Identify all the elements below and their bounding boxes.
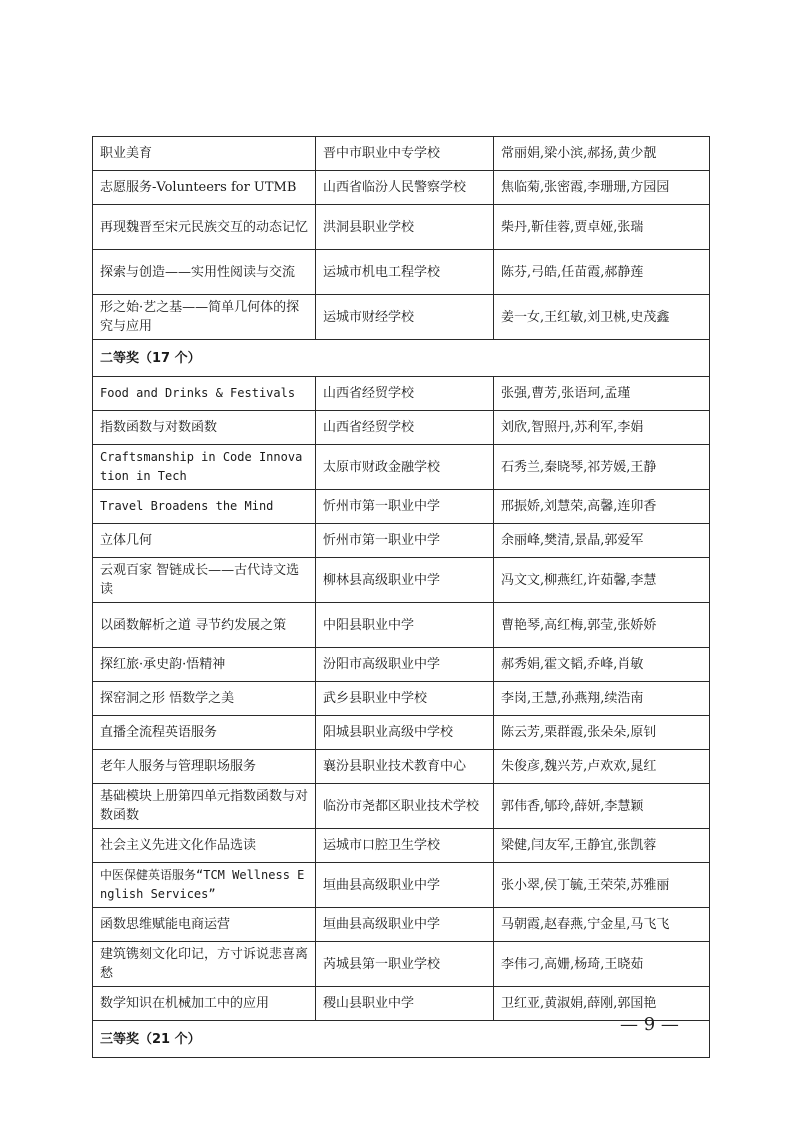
school-cell: 洪洞县职业学校 [316,205,494,250]
school-cell: 太原市财政金融学校 [316,445,494,490]
members-cell: 焦临菊,张密霞,李珊珊,方园园 [494,171,710,205]
project-title-cell: 云观百家 智链成长——古代诗文选读 [93,558,316,603]
school-cell: 忻州市第一职业中学 [316,490,494,524]
school-cell: 运城市财经学校 [316,295,494,340]
project-title-cell: Craftsmanship in Code Innovation in Tech [93,445,316,490]
section-second-prize: 二等奖（17 个） [93,340,710,377]
project-title-cell: 探索与创造——实用性阅读与交流 [93,250,316,295]
table-row: 职业美育晋中市职业中专学校常丽娟,梁小滨,郝扬,黄少靓 [93,137,710,171]
members-cell: 郭伟香,郇玲,薛妍,李慧颖 [494,784,710,829]
project-title-cell: 老年人服务与管理职场服务 [93,750,316,784]
table-row: 探红旅·承史韵·悟精神汾阳市高级职业中学郝秀娟,霍文韬,乔峰,肖敏 [93,648,710,682]
table-row: 探索与创造——实用性阅读与交流运城市机电工程学校陈芬,弓皓,任苗霞,郝静莲 [93,250,710,295]
table-row: 基础模块上册第四单元指数函数与对数函数临汾市尧都区职业技术学校郭伟香,郇玲,薛妍… [93,784,710,829]
table-row: 建筑镌刻文化印记，方寸诉说悲喜离愁芮城县第一职业学校李伟刁,高姗,杨琦,王晓茹 [93,942,710,987]
members-cell: 李岗,王慧,孙燕翔,续浩南 [494,682,710,716]
project-title-cell: 再现魏晋至宋元民族交互的动态记忆 [93,205,316,250]
school-cell: 忻州市第一职业中学 [316,524,494,558]
members-cell: 张强,曹芳,张语珂,孟瑾 [494,377,710,411]
members-cell: 姜一女,王红敏,刘卫桃,史茂鑫 [494,295,710,340]
project-title-cell: Travel Broadens the Mind [93,490,316,524]
members-cell: 梁健,闫友军,王静宜,张凯蓉 [494,829,710,863]
table-row: 探窑洞之形 悟数学之美武乡县职业中学校李岗,王慧,孙燕翔,续浩南 [93,682,710,716]
table-row: Craftsmanship in Code Innovation in Tech… [93,445,710,490]
table-row: 直播全流程英语服务阳城县职业高级中学校陈云芳,栗群霞,张朵朵,原钊 [93,716,710,750]
school-cell: 武乡县职业中学校 [316,682,494,716]
school-cell: 运城市口腔卫生学校 [316,829,494,863]
project-title-cell: 函数思维赋能电商运营 [93,908,316,942]
project-title-cell: 立体几何 [93,524,316,558]
project-title-cell: 形之始·艺之基——简单几何体的探究与应用 [93,295,316,340]
section-third-prize: 三等奖（21 个） [93,1021,710,1058]
school-cell: 汾阳市高级职业中学 [316,648,494,682]
project-title-cell: 直播全流程英语服务 [93,716,316,750]
table-row: 形之始·艺之基——简单几何体的探究与应用运城市财经学校姜一女,王红敏,刘卫桃,史… [93,295,710,340]
awards-table: 职业美育晋中市职业中专学校常丽娟,梁小滨,郝扬,黄少靓志愿服务-Voluntee… [92,136,710,1058]
document-page: 职业美育晋中市职业中专学校常丽娟,梁小滨,郝扬,黄少靓志愿服务-Voluntee… [0,0,794,1123]
project-title-cell: 探窑洞之形 悟数学之美 [93,682,316,716]
members-cell: 李伟刁,高姗,杨琦,王晓茹 [494,942,710,987]
project-title-cell: 基础模块上册第四单元指数函数与对数函数 [93,784,316,829]
table-row: 数学知识在机械加工中的应用稷山县职业中学卫红亚,黄淑娟,薛刚,郭国艳 [93,987,710,1021]
school-cell: 垣曲县高级职业中学 [316,908,494,942]
table-row: 老年人服务与管理职场服务襄汾县职业技术教育中心朱俊彦,魏兴芳,卢欢欢,晁红 [93,750,710,784]
school-cell: 山西省经贸学校 [316,411,494,445]
members-cell: 冯文文,柳燕红,许茹馨,李慧 [494,558,710,603]
table-row: 再现魏晋至宋元民族交互的动态记忆洪洞县职业学校柴丹,靳佳蓉,贾卓娅,张瑞 [93,205,710,250]
project-title-cell: 以函数解析之道 寻节约发展之策 [93,603,316,648]
school-cell: 晋中市职业中专学校 [316,137,494,171]
school-cell: 山西省经贸学校 [316,377,494,411]
table-row: 社会主义先进文化作品选读运城市口腔卫生学校梁健,闫友军,王静宜,张凯蓉 [93,829,710,863]
table-row: 指数函数与对数函数山西省经贸学校刘欣,智照丹,苏利军,李娟 [93,411,710,445]
table-row: Travel Broadens the Mind忻州市第一职业中学邢振娇,刘慧荣… [93,490,710,524]
project-title-cell: 职业美育 [93,137,316,171]
members-cell: 朱俊彦,魏兴芳,卢欢欢,晁红 [494,750,710,784]
table-row: Food and Drinks & Festivals山西省经贸学校张强,曹芳,… [93,377,710,411]
project-title-cell: 指数函数与对数函数 [93,411,316,445]
table-row: 立体几何忻州市第一职业中学余丽峰,樊清,景晶,郭爱军 [93,524,710,558]
members-cell: 马朝霞,赵春燕,宁金星,马飞飞 [494,908,710,942]
school-cell: 山西省临汾人民警察学校 [316,171,494,205]
members-cell: 郝秀娟,霍文韬,乔峰,肖敏 [494,648,710,682]
school-cell: 柳林县高级职业中学 [316,558,494,603]
project-title-cell: 中医保健英语服务“TCM Wellness English Services” [93,863,316,908]
members-cell: 陈芬,弓皓,任苗霞,郝静莲 [494,250,710,295]
members-cell: 张小翠,侯丁毓,王荣荣,苏雅丽 [494,863,710,908]
section-heading: 二等奖（17 个） [93,340,710,377]
members-cell: 柴丹,靳佳蓉,贾卓娅,张瑞 [494,205,710,250]
table-row: 函数思维赋能电商运营垣曲县高级职业中学马朝霞,赵春燕,宁金星,马飞飞 [93,908,710,942]
table-row: 志愿服务-Volunteers for UTMB山西省临汾人民警察学校焦临菊,张… [93,171,710,205]
members-cell: 石秀兰,秦晓琴,祁芳媛,王静 [494,445,710,490]
school-cell: 临汾市尧都区职业技术学校 [316,784,494,829]
page-number: — 9 — [620,1014,679,1035]
members-cell: 刘欣,智照丹,苏利军,李娟 [494,411,710,445]
school-cell: 芮城县第一职业学校 [316,942,494,987]
project-title-cell: 志愿服务-Volunteers for UTMB [93,171,316,205]
school-cell: 襄汾县职业技术教育中心 [316,750,494,784]
table-row: 云观百家 智链成长——古代诗文选读柳林县高级职业中学冯文文,柳燕红,许茹馨,李慧 [93,558,710,603]
awards-table-body: 职业美育晋中市职业中专学校常丽娟,梁小滨,郝扬,黄少靓志愿服务-Voluntee… [93,137,710,1058]
members-cell: 余丽峰,樊清,景晶,郭爱军 [494,524,710,558]
members-cell: 曹艳琴,高红梅,郭莹,张娇娇 [494,603,710,648]
school-cell: 中阳县职业中学 [316,603,494,648]
school-cell: 稷山县职业中学 [316,987,494,1021]
members-cell: 陈云芳,栗群霞,张朵朵,原钊 [494,716,710,750]
project-title-cell: 建筑镌刻文化印记，方寸诉说悲喜离愁 [93,942,316,987]
school-cell: 垣曲县高级职业中学 [316,863,494,908]
school-cell: 运城市机电工程学校 [316,250,494,295]
section-heading: 三等奖（21 个） [93,1021,710,1058]
project-title-cell: 数学知识在机械加工中的应用 [93,987,316,1021]
members-cell: 常丽娟,梁小滨,郝扬,黄少靓 [494,137,710,171]
members-cell: 邢振娇,刘慧荣,高馨,连卯香 [494,490,710,524]
school-cell: 阳城县职业高级中学校 [316,716,494,750]
table-row: 中医保健英语服务“TCM Wellness English Services”垣… [93,863,710,908]
project-title-cell: 探红旅·承史韵·悟精神 [93,648,316,682]
project-title-cell: 社会主义先进文化作品选读 [93,829,316,863]
project-title-cell: Food and Drinks & Festivals [93,377,316,411]
table-row: 以函数解析之道 寻节约发展之策中阳县职业中学曹艳琴,高红梅,郭莹,张娇娇 [93,603,710,648]
